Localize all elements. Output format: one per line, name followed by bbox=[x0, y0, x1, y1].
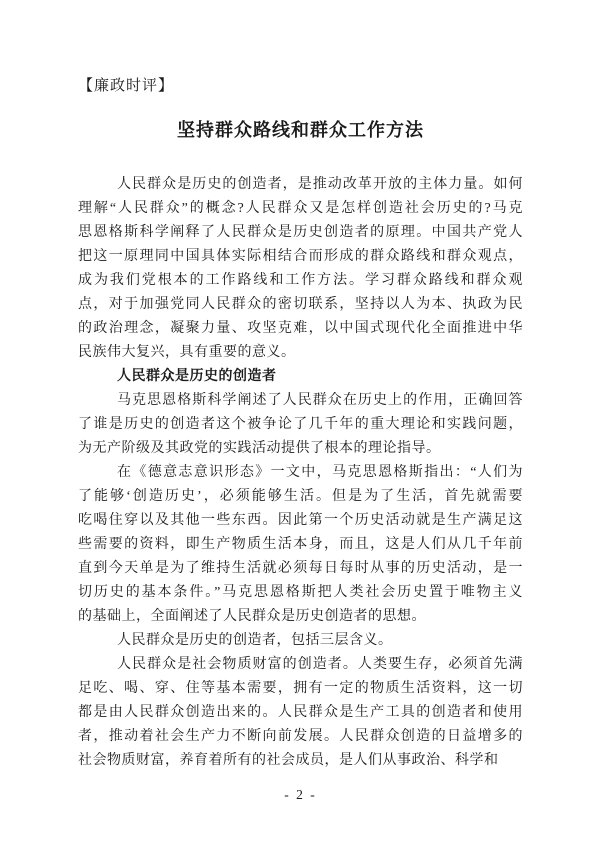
page-title: 坚持群众路线和群众工作方法 bbox=[78, 117, 523, 143]
text-line: 都是由人民群众创造出来的。人民群众是生产工具的创造者和使用 bbox=[78, 701, 523, 725]
text-line: 思恩格斯科学阐释了人民群众是历史创造者的原理。中国共产党人 bbox=[78, 221, 523, 245]
text-line: 民族伟大复兴，具有重要的意义。 bbox=[78, 341, 523, 365]
text-line: 的基础上，全面阐述了人民群众是历史创造者的思想。 bbox=[78, 605, 523, 629]
text-line: 的政治理念，凝聚力量、攻坚克难，以中国式现代化全面推进中华 bbox=[78, 317, 523, 341]
paragraph-material-wealth: 人民群众是社会物质财富的创造者。人类要生存，必须首先满足吃、喝、穿、住等基本需要… bbox=[78, 653, 523, 773]
paragraph-marx-engels: 马克思恩格斯科学阐述了人民群众在历史上的作用，正确回答了谁是历史的创造者这个被争… bbox=[78, 389, 523, 461]
text-line: 人民群众是社会物质财富的创造者。人类要生存，必须首先满 bbox=[78, 653, 523, 677]
text-line: 人民群众是历史的创造者 bbox=[78, 365, 523, 389]
text-line: 人民群众是历史的创造者，包括三层含义。 bbox=[78, 629, 523, 653]
text-line: 吃喝住穿以及其他一些东西。因此第一个历史活动就是生产满足这 bbox=[78, 509, 523, 533]
paragraph-german-ideology: 在《德意志意识形态》一文中，马克思恩格斯指出：“人们为了能够‘创造历史’，必须能… bbox=[78, 461, 523, 629]
text-line: 直到今天单是为了维持生活就必须每日每时从事的历史活动，是一 bbox=[78, 557, 523, 581]
document-page: 【廉政时评】 坚持群众路线和群众工作方法 人民群众是历史的创造者，是推动改革开放… bbox=[0, 0, 600, 849]
text-line: 人民群众是历史的创造者，是推动改革开放的主体力量。如何 bbox=[78, 173, 523, 197]
text-line: 足吃、喝、穿、住等基本需要，拥有一定的物质生活资料，这一切 bbox=[78, 677, 523, 701]
text-line: 了谁是历史的创造者这个被争论了几千年的重大理论和实践问题， bbox=[78, 413, 523, 437]
column-tag: 【廉政时评】 bbox=[78, 76, 523, 96]
text-line: 了能够‘创造历史’，必须能够生活。但是为了生活，首先就需要 bbox=[78, 485, 523, 509]
text-line: 社会物质财富，养育着所有的社会成员，是人们从事政治、科学和 bbox=[78, 749, 523, 773]
text-line: 切历史的基本条件。”马克思恩格斯把人类社会历史置于唯物主义 bbox=[78, 581, 523, 605]
text-line: 成为我们党根本的工作路线和工作方法。学习群众路线和群众观 bbox=[78, 269, 523, 293]
page-number: - 2 - bbox=[78, 786, 523, 804]
text-line: 把这一原理同中国具体实际相结合而形成的群众路线和群众观点， bbox=[78, 245, 523, 269]
document-body: 人民群众是历史的创造者，是推动改革开放的主体力量。如何理解“人民群众”的概念?人… bbox=[78, 173, 523, 773]
section-heading: 人民群众是历史的创造者 bbox=[78, 365, 523, 389]
text-line: 在《德意志意识形态》一文中，马克思恩格斯指出：“人们为 bbox=[78, 461, 523, 485]
intro-paragraph: 人民群众是历史的创造者，是推动改革开放的主体力量。如何理解“人民群众”的概念?人… bbox=[78, 173, 523, 365]
text-line: 者，推动着社会生产力不断向前发展。人民群众创造的日益增多的 bbox=[78, 725, 523, 749]
text-line: 理解“人民群众”的概念?人民群众又是怎样创造社会历史的?马克 bbox=[78, 197, 523, 221]
text-line: 马克思恩格斯科学阐述了人民群众在历史上的作用，正确回答 bbox=[78, 389, 523, 413]
text-line: 为无产阶级及其政党的实践活动提供了根本的理论指导。 bbox=[78, 437, 523, 461]
paragraph-three-meanings: 人民群众是历史的创造者，包括三层含义。 bbox=[78, 629, 523, 653]
text-line: 点，对于加强党同人民群众的密切联系，坚持以人为本、执政为民 bbox=[78, 293, 523, 317]
text-line: 些需要的资料，即生产物质生活本身，而且，这是人们从几千年前 bbox=[78, 533, 523, 557]
